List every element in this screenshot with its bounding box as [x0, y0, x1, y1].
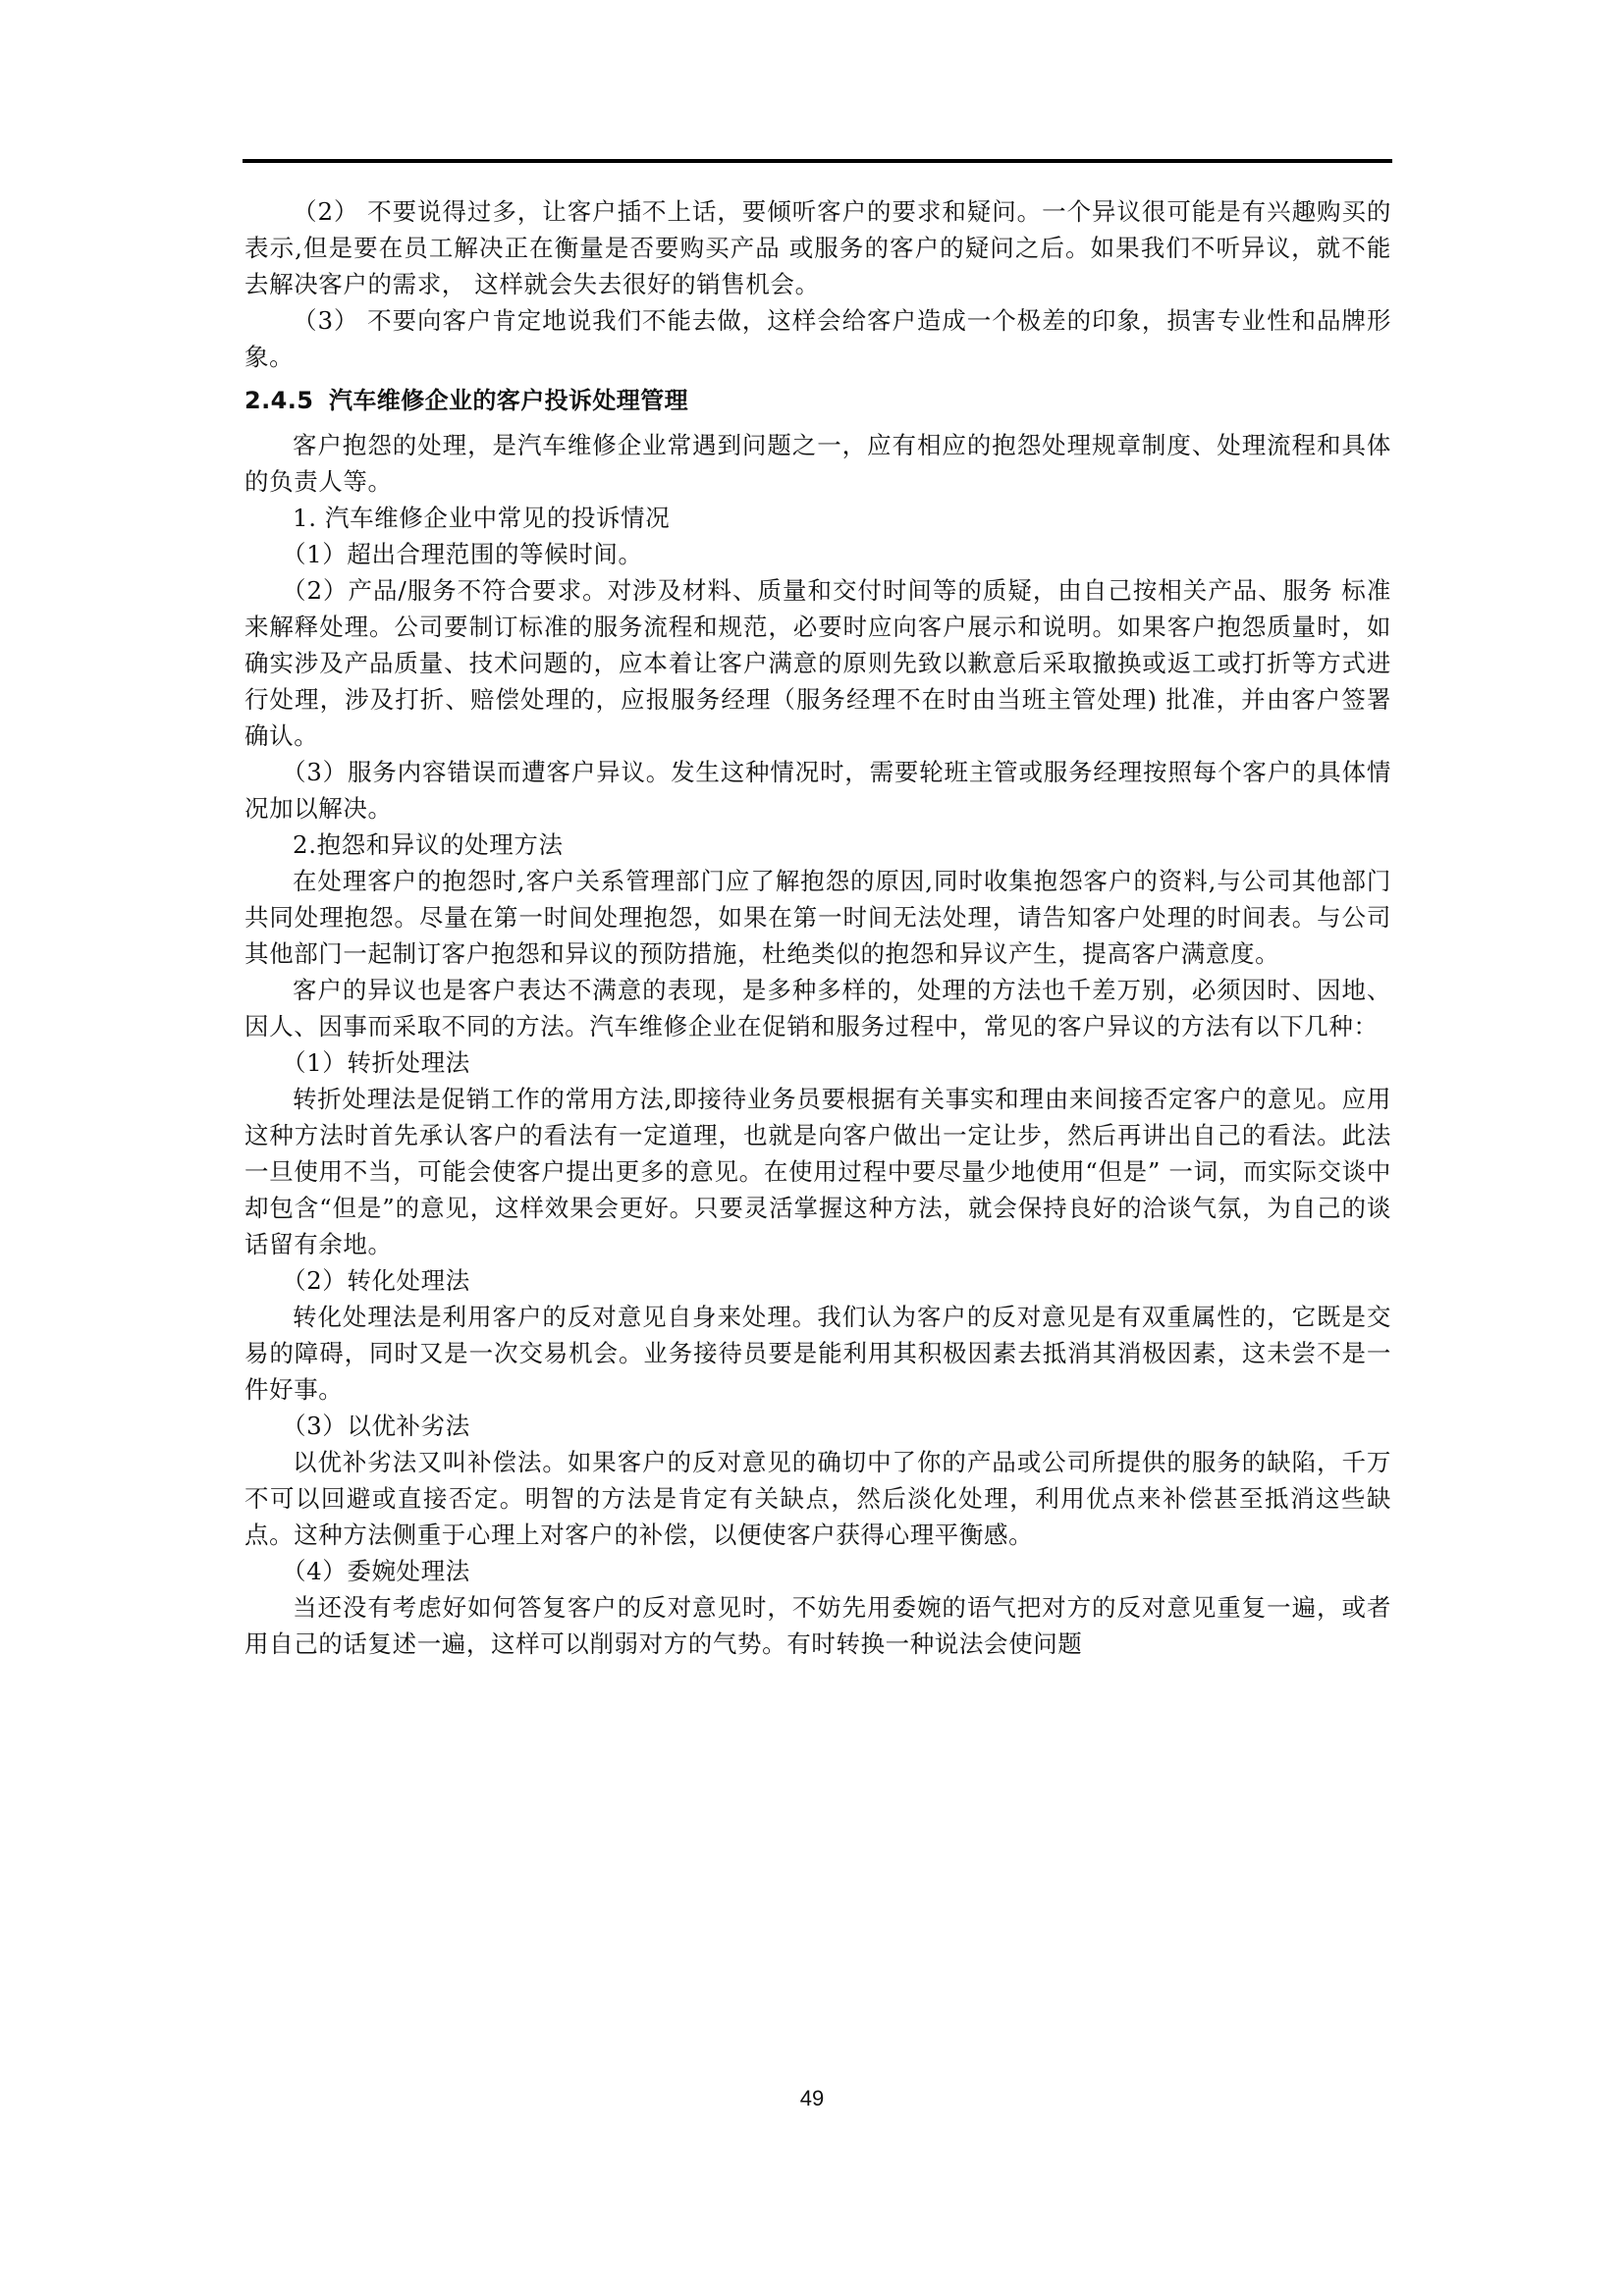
method-4-text: 当还没有考虑好如何答复客户的反对意见时，不妨先用委婉的语气把对方的反对意见重复一…	[244, 1589, 1391, 1662]
document-page: （2） 不要说得过多，让客户插不上话，要倾听客户的要求和疑问。一个异议很可能是有…	[0, 0, 1624, 2296]
method-3-title: （3）以优补劣法	[244, 1408, 1391, 1444]
paragraph-item-2: （2） 不要说得过多，让客户插不上话，要倾听客户的要求和疑问。一个异议很可能是有…	[244, 193, 1391, 302]
section-heading: 2.4.5汽车维修企业的客户投诉处理管理	[244, 383, 1391, 419]
method-1-text: 转折处理法是促销工作的常用方法,即接待业务员要根据有关事实和理由来间接否定客户的…	[244, 1081, 1391, 1262]
part1-item-2: （2）产品/服务不符合要求。对涉及材料、质量和交付时间等的质疑，由自己按相关产品…	[244, 572, 1391, 754]
part1-title: 1. 汽车维修企业中常见的投诉情况	[244, 500, 1391, 536]
method-2-title: （2）转化处理法	[244, 1262, 1391, 1299]
paragraph-item-3: （3） 不要向客户肯定地说我们不能去做，这样会给客户造成一个极差的印象，损害专业…	[244, 302, 1391, 375]
method-3-text: 以优补劣法又叫补偿法。如果客户的反对意见的确切中了你的产品或公司所提供的服务的缺…	[244, 1444, 1391, 1553]
header-rule	[243, 159, 1392, 163]
method-2-text: 转化处理法是利用客户的反对意见自身来处理。我们认为客户的反对意见是有双重属性的，…	[244, 1299, 1391, 1408]
method-1-title: （1）转折处理法	[244, 1044, 1391, 1081]
part2-title: 2.抱怨和异议的处理方法	[244, 827, 1391, 863]
intro-paragraph: 客户抱怨的处理，是汽车维修企业常遇到问题之一，应有相应的抱怨处理规章制度、处理流…	[244, 427, 1391, 500]
method-4-title: （4）委婉处理法	[244, 1553, 1391, 1589]
part2-paragraph-1: 在处理客户的抱怨时,客户关系管理部门应了解抱怨的原因,同时收集抱怨客户的资料,与…	[244, 863, 1391, 972]
page-body: （2） 不要说得过多，让客户插不上话，要倾听客户的要求和疑问。一个异议很可能是有…	[244, 193, 1391, 1662]
section-number: 2.4.5	[244, 383, 329, 419]
section-title: 汽车维修企业的客户投诉处理管理	[329, 387, 688, 414]
part2-paragraph-2: 客户的异议也是客户表达不满意的表现，是多种多样的，处理的方法也千差万别，必须因时…	[244, 972, 1391, 1044]
part1-item-1: （1）超出合理范围的等候时间。	[244, 536, 1391, 572]
page-number: 49	[0, 2086, 1624, 2111]
part1-item-3: （3）服务内容错误而遭客户异议。发生这种情况时，需要轮班主管或服务经理按照每个客…	[244, 754, 1391, 827]
